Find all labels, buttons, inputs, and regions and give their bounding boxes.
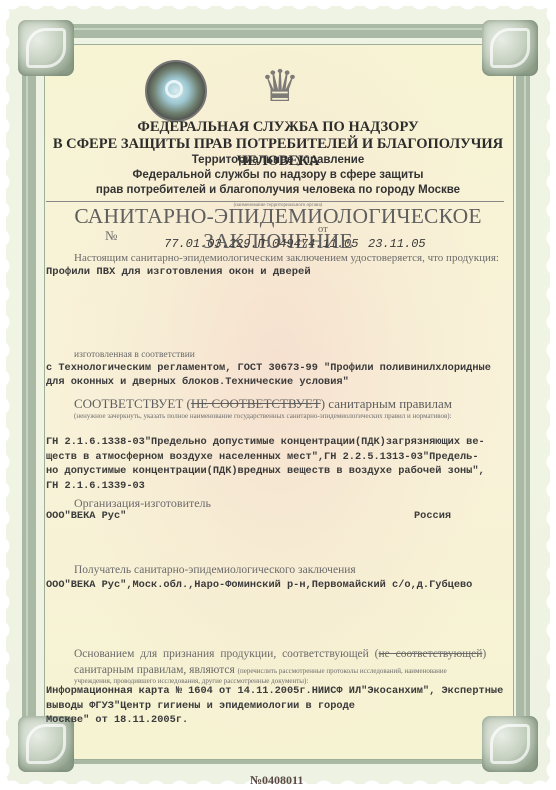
basis-line1-pre: Основанием для признания продукции, соот… [74, 648, 379, 660]
double-headed-eagle-icon: ♛ [257, 58, 303, 116]
made-standard-line2: для оконных и дверных блоков.Технические… [46, 376, 349, 388]
intro-text: Настоящим санитарно-эпидемиологическим з… [74, 252, 499, 264]
number-label: № [105, 228, 117, 244]
made-label: изготовленная в соответствии [74, 350, 195, 360]
territorial-line2: Федеральной службы по надзору в сфере за… [44, 169, 512, 181]
territorial-line1: Территориальное управление [44, 154, 512, 166]
conforms-word: СООТВЕТСТВУЕТ [74, 396, 183, 411]
basis-line2-note: (перечислить рассмотренные протоколы исс… [238, 667, 447, 675]
product-name: Профили ПВХ для изготовления окон и двер… [46, 266, 311, 278]
manufacturer-country: Россия [414, 510, 451, 522]
made-standard-line1: с Технологическим регламентом, ГОСТ 3067… [46, 362, 491, 374]
hologram-seal-icon [145, 60, 207, 122]
basis-line2-text: санитарным правилам, являются [74, 664, 235, 676]
basis-struck: не соответствующей [379, 648, 483, 660]
basis-documents: Информационная карта № 1604 от 14.11.200… [46, 684, 516, 728]
date-label: от [318, 224, 328, 235]
sanitary-rules-list: ГН 2.1.6.1338-03"Предельно допустимые ко… [46, 435, 512, 493]
certificate-date: 23.11.05 [368, 237, 426, 251]
manufacturer-label: Организация-изготовитель [74, 496, 211, 511]
certificate-content: ♛ ФЕДЕРАЛЬНАЯ СЛУЖБА ПО НАДЗОРУ В СФЕРЕ … [44, 44, 512, 758]
basis-line1: Основанием для признания продукции, соот… [74, 648, 514, 660]
wavy-edge-right [542, 0, 556, 790]
recipient-label: Получатель санитарно-эпидемиологического… [74, 564, 356, 576]
conformity-statement: СООТВЕТСТВУЕТ (НЕ СООТВЕТСТВУЕТ) санитар… [74, 396, 452, 412]
conforms-tail: санитарным правилам [328, 396, 452, 411]
certificate-number: 77.01.03.229.П.049474.11.05 [164, 237, 358, 251]
agency-title-line1: ФЕДЕРАЛЬНАЯ СЛУЖБА ПО НАДЗОРУ [44, 119, 512, 136]
not-conforms-struck: НЕ СООТВЕТСТВУЕТ [191, 396, 321, 411]
divider [46, 201, 504, 202]
recipient-address: ООО"ВЕКА Рус",Моск.обл.,Наро-Фоминский р… [46, 579, 472, 591]
wavy-edge-top [0, 0, 556, 14]
basis-line2: санитарным правилам, являются (перечисли… [74, 664, 447, 676]
conformity-note: (ненужное зачеркнуть, указать полное наи… [74, 412, 494, 421]
basis-line1-post: ) [482, 648, 486, 660]
manufacturer-name: ООО"ВЕКА Рус" [46, 510, 126, 522]
wavy-edge-left [0, 0, 14, 790]
territorial-line3: прав потребителей и благополучия человек… [44, 184, 512, 196]
blank-serial-number: №0408011 [250, 773, 303, 788]
